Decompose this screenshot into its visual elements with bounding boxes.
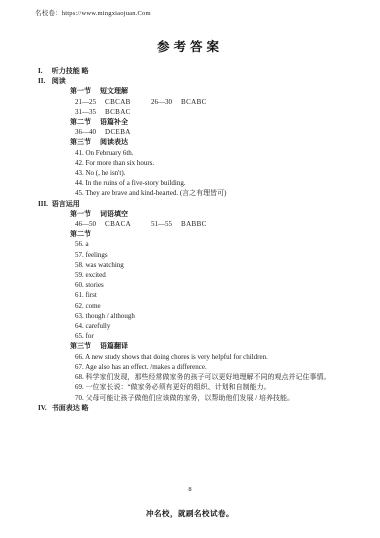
footer-slogan: 冲名校，就刷名校试卷。	[0, 508, 380, 519]
answer-sections: I. 听力技能 略II. 阅读第一节短文理解21—25CBCAB26—30BCA…	[38, 66, 364, 413]
answer-line: 70. 父母可能让孩子做他们应该做的家务，以帮助他们发展 / 培养技能。	[75, 393, 364, 403]
document-page: 名校卷：https://www.mingxiaojuan.Com 参考答案 I.…	[0, 0, 380, 538]
answer-range: 21—25	[75, 97, 105, 107]
answer-range: 31—35	[75, 107, 105, 117]
answer-line: 64. carefully	[75, 321, 364, 331]
subsection-label: 第三节	[70, 341, 94, 351]
answer-section: I. 听力技能 略	[38, 66, 364, 76]
answer-line: 45. They are brave and kind-hearted. (言之…	[75, 188, 364, 198]
answer-section: II. 阅读第一节短文理解21—25CBCAB26—30BCABC31—35BC…	[38, 76, 364, 198]
subsection-label: 第三节	[70, 137, 94, 147]
subsection-label: 第二节	[70, 117, 94, 127]
answer-letters: CBACA	[105, 219, 151, 229]
section-numeral: II.	[38, 76, 50, 86]
site-note: 名校卷：https://www.mingxiaojuan.Com	[35, 8, 151, 17]
answer-row: 21—25CBCAB26—30BCABC	[75, 97, 364, 107]
section-title: 书面表达 略	[50, 404, 89, 412]
subsection-heading: 第三节语篇翻译	[70, 341, 364, 351]
subsection-title: 语篇补全	[100, 118, 128, 126]
answer-line: 63. though / although	[75, 311, 364, 321]
section-numeral: I.	[38, 66, 50, 76]
answer-section: III. 语言运用第一节词语填空46—50CBACA51—55BABBC第二节5…	[38, 199, 364, 403]
section-title: 阅读	[50, 77, 66, 85]
section-heading: III. 语言运用	[38, 199, 364, 209]
section-heading: I. 听力技能 略	[38, 66, 364, 76]
section-numeral: III.	[38, 199, 50, 209]
subsection-heading: 第二节语篇补全	[70, 117, 364, 127]
section-numeral: IV.	[38, 403, 50, 413]
section-title: 听力技能 略	[50, 67, 89, 75]
answer-range: 36—40	[75, 127, 105, 137]
subsection-label: 第一节	[70, 209, 94, 219]
subsection-title: 阅读表达	[100, 138, 128, 146]
subsection-title: 短文理解	[100, 87, 128, 95]
section-heading: II. 阅读	[38, 76, 364, 86]
answer-letters: BABBC	[181, 219, 227, 229]
answer-row: 31—35BCBAC	[75, 107, 364, 117]
answer-line: 44. In the ruins of a five-story buildin…	[75, 178, 364, 188]
section-title: 语言运用	[50, 200, 80, 208]
answer-letters: CBCAB	[105, 97, 151, 107]
answer-row: 46—50CBACA51—55BABBC	[75, 219, 364, 229]
subsection-label: 第二节	[70, 229, 94, 239]
answer-row: 36—40DCEBA	[75, 127, 364, 137]
subsection-heading: 第二节	[70, 229, 364, 239]
section-heading: IV. 书面表达 略	[38, 403, 364, 413]
subsection-label: 第一节	[70, 86, 94, 96]
answer-line: 42. For more than six hours.	[75, 158, 364, 168]
answer-line: 43. No (, he isn't).	[75, 168, 364, 178]
answer-line: 59. excited	[75, 270, 364, 280]
answer-line: 67. Age also has an effect. /makes a dif…	[75, 362, 364, 372]
answer-range: 51—55	[151, 219, 181, 229]
subsection-heading: 第三节阅读表达	[70, 137, 364, 147]
page-title: 参考答案	[0, 37, 380, 55]
answer-line: 68. 科学家们发现，那些经常做家务的孩子可以更好地理解不同的观点并记住事情。	[75, 372, 364, 382]
answer-line: 56. a	[75, 239, 364, 249]
answer-line: 60. stories	[75, 280, 364, 290]
subsection-heading: 第一节短文理解	[70, 86, 364, 96]
answer-letters: BCBAC	[105, 107, 151, 117]
subsection-heading: 第一节词语填空	[70, 209, 364, 219]
answer-line: 61. first	[75, 290, 364, 300]
answer-letters: DCEBA	[105, 127, 151, 137]
answer-line: 57. feelings	[75, 250, 364, 260]
answer-line: 65. for	[75, 331, 364, 341]
answer-line: 66. A new study shows that doing chores …	[75, 352, 364, 362]
answer-line: 69. 一位家长说：“做家务必须有更好的组织、计划和自制能力。	[75, 382, 364, 392]
subsection-title: 词语填空	[100, 210, 128, 218]
answer-range: 46—50	[75, 219, 105, 229]
answer-range: 26—30	[151, 97, 181, 107]
page-number: 8	[0, 486, 380, 493]
answer-line: 41. On February 6th.	[75, 148, 364, 158]
answer-section: IV. 书面表达 略	[38, 403, 364, 413]
answer-line: 58. was watching	[75, 260, 364, 270]
answer-letters: BCABC	[181, 97, 227, 107]
subsection-title: 语篇翻译	[100, 342, 128, 350]
answer-line: 62. come	[75, 301, 364, 311]
